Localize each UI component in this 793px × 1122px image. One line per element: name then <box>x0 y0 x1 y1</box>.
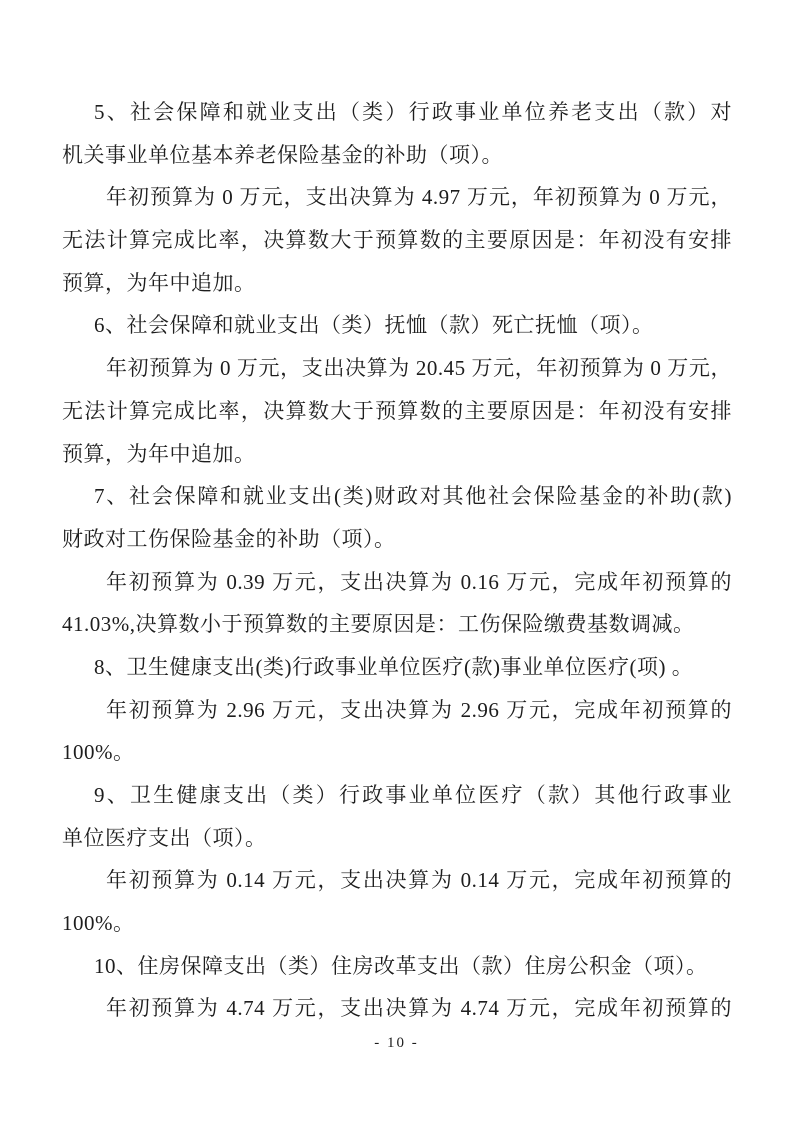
paragraph: 8、卫生健康支出(类)行政事业单位医疗(款)事业单位医疗(项) 。 <box>62 646 732 689</box>
text-line: 100%。 <box>62 731 732 774</box>
text-line: 无法计算完成比率，决算数大于预算数的主要原因是：年初没有安排 <box>62 219 732 262</box>
paragraph: 6、社会保障和就业支出（类）抚恤（款）死亡抚恤（项）。 <box>62 304 732 347</box>
text-line: 年初预算为 0 万元，支出决算为 4.97 万元，年初预算为 0 万元， <box>62 176 732 219</box>
page-number: - 10 - <box>0 1035 793 1052</box>
text-line: 预算，为年中追加。 <box>62 433 732 476</box>
text-line: 年初预算为 0.14 万元，支出决算为 0.14 万元，完成年初预算的 <box>62 859 732 902</box>
text-line: 财政对工伤保险基金的补助（项）。 <box>62 518 732 561</box>
text-line: 年初预算为 2.96 万元，支出决算为 2.96 万元，完成年初预算的 <box>62 689 732 732</box>
text-line: 年初预算为 0 万元，支出决算为 20.45 万元，年初预算为 0 万元， <box>62 347 732 390</box>
text-line: 6、社会保障和就业支出（类）抚恤（款）死亡抚恤（项）。 <box>62 304 732 347</box>
paragraph: 10、住房保障支出（类）住房改革支出（款）住房公积金（项）。 <box>62 945 732 988</box>
text-line: 9、卫生健康支出（类）行政事业单位医疗（款）其他行政事业 <box>62 774 732 817</box>
text-line: 8、卫生健康支出(类)行政事业单位医疗(款)事业单位医疗(项) 。 <box>62 646 732 689</box>
paragraph: 年初预算为 0 万元，支出决算为 4.97 万元，年初预算为 0 万元，无法计算… <box>62 176 732 304</box>
paragraph: 年初预算为 4.74 万元，支出决算为 4.74 万元，完成年初预算的 <box>62 987 732 1030</box>
paragraph: 年初预算为 0.14 万元，支出决算为 0.14 万元，完成年初预算的100%。 <box>62 859 732 944</box>
text-line: 100%。 <box>62 902 732 945</box>
document-body: 5、社会保障和就业支出（类）行政事业单位养老支出（款）对机关事业单位基本养老保险… <box>62 91 732 1030</box>
text-line: 41.03%,决算数小于预算数的主要原因是：工伤保险缴费基数调减。 <box>62 603 732 646</box>
text-line: 年初预算为 0.39 万元，支出决算为 0.16 万元，完成年初预算的 <box>62 561 732 604</box>
paragraph: 年初预算为 0 万元，支出决算为 20.45 万元，年初预算为 0 万元，无法计… <box>62 347 732 475</box>
text-line: 预算，为年中追加。 <box>62 262 732 305</box>
paragraph: 年初预算为 0.39 万元，支出决算为 0.16 万元，完成年初预算的41.03… <box>62 561 732 646</box>
text-line: 单位医疗支出（项）。 <box>62 817 732 860</box>
document-page: 5、社会保障和就业支出（类）行政事业单位养老支出（款）对机关事业单位基本养老保险… <box>0 0 793 1122</box>
text-line: 5、社会保障和就业支出（类）行政事业单位养老支出（款）对 <box>62 91 732 134</box>
paragraph: 年初预算为 2.96 万元，支出决算为 2.96 万元，完成年初预算的100%。 <box>62 689 732 774</box>
paragraph: 5、社会保障和就业支出（类）行政事业单位养老支出（款）对机关事业单位基本养老保险… <box>62 91 732 176</box>
paragraph: 7、社会保障和就业支出(类)财政对其他社会保险基金的补助(款)财政对工伤保险基金… <box>62 475 732 560</box>
text-line: 10、住房保障支出（类）住房改革支出（款）住房公积金（项）。 <box>62 945 732 988</box>
text-line: 年初预算为 4.74 万元，支出决算为 4.74 万元，完成年初预算的 <box>62 987 732 1030</box>
text-line: 无法计算完成比率，决算数大于预算数的主要原因是：年初没有安排 <box>62 390 732 433</box>
paragraph: 9、卫生健康支出（类）行政事业单位医疗（款）其他行政事业单位医疗支出（项）。 <box>62 774 732 859</box>
text-line: 机关事业单位基本养老保险基金的补助（项）。 <box>62 134 732 177</box>
text-line: 7、社会保障和就业支出(类)财政对其他社会保险基金的补助(款) <box>62 475 732 518</box>
